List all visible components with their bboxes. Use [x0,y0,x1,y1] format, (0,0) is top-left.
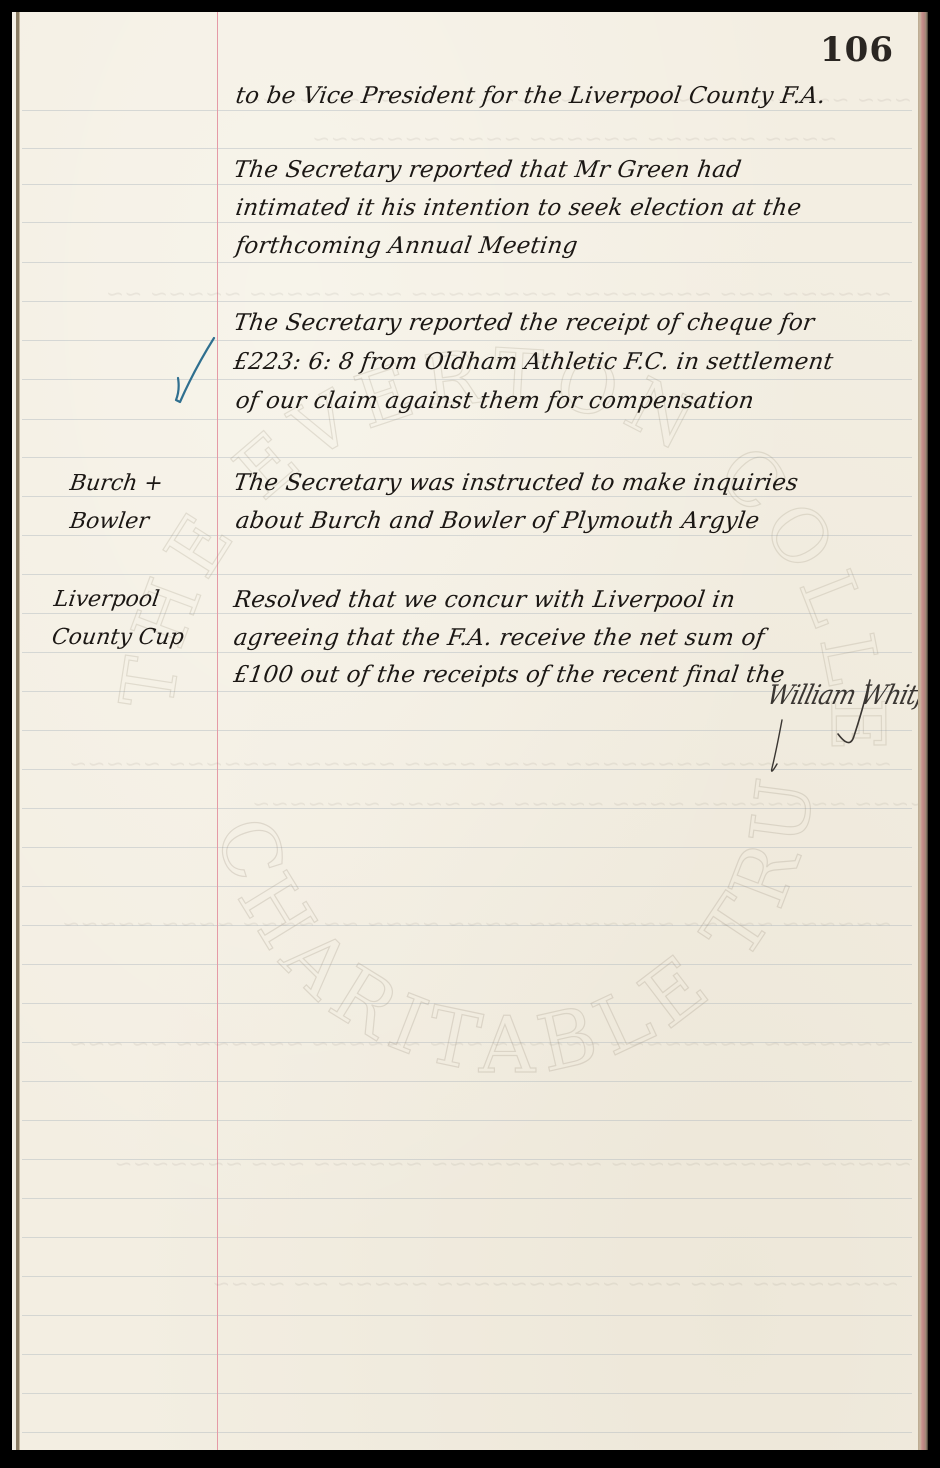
ruled-line [22,184,912,185]
entry-line: agreeing that the F.A. receive the net s… [232,625,766,651]
margin-note: Bowler [68,509,150,534]
ruled-line [22,652,912,653]
ruled-line [22,457,912,458]
ruled-line [22,847,912,848]
margin-rule [217,12,218,1450]
entry-line: The Secretary reported that Mr Green had [232,157,743,183]
ruled-line [22,1003,912,1004]
entry-line: of our claim against them for compensati… [234,388,756,414]
margin-note: Liverpool [52,587,161,612]
ruled-line [22,1393,912,1394]
ruled-line [22,379,912,380]
ruled-line [22,496,912,497]
page-binding-edge [16,12,20,1450]
bleed-through-text: ~~~~ ~~~~~~ ~~~~~~ ~~~~ ~~~~~~~ [310,127,839,152]
page-fore-edge [918,12,928,1450]
ruled-line [22,574,912,575]
ledger-page: ~~~ ~~~~~ ~~~~~~ ~~~~~ ~~~~~ ~~~~~~ ~~~~… [12,12,918,1450]
entry-line: about Burch and Bowler of Plymouth Argyl… [234,508,761,534]
ruled-line [22,340,912,341]
bleed-through-text: ~~~~~~~ ~~~~~~~~ ~~~~~~ ~~~ ~~~~~~ ~~~~~… [70,1032,894,1057]
ruled-line [22,1120,912,1121]
ruled-line [22,222,912,223]
entry-line: The Secretary reported the receipt of ch… [232,310,816,336]
ruled-line [22,1315,912,1316]
ruled-line [22,1354,912,1355]
entry-line: intimated it his intention to seek elect… [234,195,803,221]
ruled-line [22,1237,912,1238]
entry-line: The Secretary was instructed to make inq… [232,470,800,496]
bleed-through-text: ~~~~~~ ~~~~~ ~~~~~~~~ ~~~~ ~~~~ ~~ ~~~~ … [70,912,894,937]
bleed-through-text: ~~~~~~ ~~~ ~~~~~~~~ ~~~~~~~~ ~~~ ~~~~~ ~… [70,282,894,307]
entry-line: £100 out of the receipts of the recent f… [232,662,786,688]
page-number: 106 [820,30,894,70]
ruled-line [22,730,912,731]
margin-note: County Cup [50,625,185,650]
ruled-line [22,1432,912,1433]
ruled-line [22,964,912,965]
ruled-line [22,419,912,420]
signature: William Whitford [764,680,918,711]
bleed-through-text: ~~~~~~ ~~ ~~~~~~ ~~~~ ~~~~~ ~~ ~~~~ ~~~~… [250,792,918,817]
margin-note: Burch + [68,471,164,496]
ruled-line [22,886,912,887]
bleed-through-text: ~~~~~~ ~~~ ~~~~~~~~ ~~~~ ~~~~ ~~~~~~ ~~~… [70,752,894,777]
ruled-line [22,1198,912,1199]
ruled-line [22,262,912,263]
checkmark-icon [172,334,220,414]
watermark-stamp: THE EVERTON COLLECTION CHARITABLE TRUST [12,12,918,1450]
ruled-line [22,1081,912,1082]
entry-line: forthcoming Annual Meeting [234,233,579,259]
ruled-line [22,535,912,536]
bleed-through-text: ~~~~~~~~ ~~~ ~~~ ~~~~~~~~~~ ~~~~~ ~~ ~~~… [210,1272,901,1297]
ruled-line [22,613,912,614]
bleed-through-text: ~~~~~ ~~~~~~~~~~~ ~~~ ~~~~~~ ~~~~~~ ~~~ … [110,1152,914,1177]
entry-line: to be Vice President for the Liverpool C… [234,83,827,109]
entry-line: £223: 6: 8 from Oldham Athletic F.C. in … [232,349,835,375]
entry-line: Resolved that we concur with Liverpool i… [232,587,737,613]
